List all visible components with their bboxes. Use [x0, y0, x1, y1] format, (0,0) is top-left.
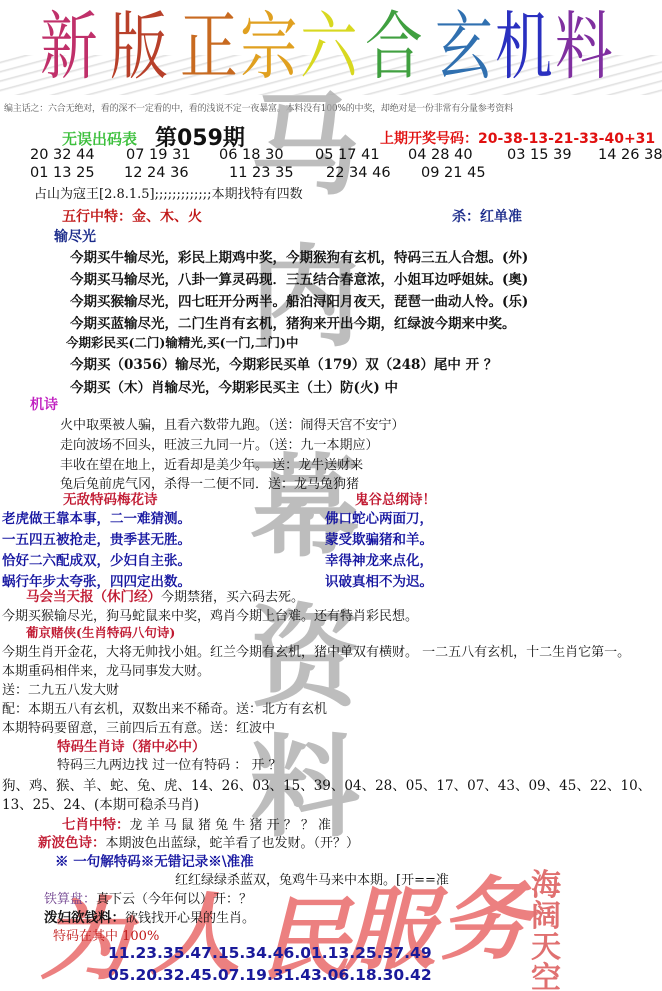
error-free-heading: 无误出码表 — [62, 128, 137, 149]
number-group: 07 19 31 — [126, 147, 191, 163]
title-char: 机 — [495, 2, 553, 92]
number-group: 22 34 46 — [326, 165, 391, 181]
one-line-text: 红红绿绿杀蓝双，兔鸡牛马来中本期。[开==准 — [175, 869, 449, 888]
title-char: 玄 — [435, 2, 493, 92]
plum-poem-title: 无敌特码梅花诗 — [63, 488, 158, 508]
gambler-line: 配：本期五八有玄机，双数出来不稀奇。送：北方有玄机 — [2, 698, 327, 717]
new-wave-label: 新波色诗： — [38, 835, 106, 851]
poem-line: 丰收在望在地上，近看却是美少年。 送：龙牛送财来 — [60, 454, 363, 473]
new-wave-text: 本期波色出蓝绿，蛇羊看了也发财。（开？） — [106, 836, 360, 851]
guigu-poem-title: 鬼谷总纲诗！ — [355, 488, 436, 508]
guigu-poem-line: 幸得神龙来点化， — [325, 549, 433, 569]
lose-all-line: 今期买（木）肖输尽光，今期彩民买主（土）防(火) 中 — [70, 376, 398, 396]
number-group: 20 32 44 — [30, 147, 95, 163]
one-line-title: ※ 一句解特码※无错记录※\准准 — [55, 850, 254, 870]
horse-report-text: 今期禁猪，买六码去死。 — [161, 590, 304, 605]
plum-poem-line: 老虎做王靠本事，二一难猜测。 — [2, 507, 191, 527]
lose-all-line: 今期买（0356）输尽光，今期彩民买单（179）双（248）尾中 开 ？ — [70, 353, 497, 373]
poem-line: 火中取栗被人骗，且看六数带九跑。（送：闹得天宫不安宁） — [60, 414, 405, 433]
lose-all-line: 今期买蓝输尽光，二门生肖有玄机，猪狗来开出今期，红绿波今期来中奖。 — [70, 312, 516, 332]
shrew-text: 欲钱找开心果的生肖。 — [125, 911, 255, 926]
special-zodiac-title: 特码生肖诗（猪中必中） — [57, 735, 206, 755]
shrew-money: 泼妇欲钱料：欲钱找开心果的生肖。 — [44, 906, 255, 926]
horse-report-label: 马会当天报（休门经） — [26, 589, 161, 605]
special-zodiac-line: 狗、鸡、猴、羊、蛇、兔、虎、14、26、03、15、39、04、28、05、17… — [2, 774, 651, 794]
title-char: 正 — [180, 2, 238, 92]
title-char: 合 — [365, 2, 423, 92]
number-group: 09 21 45 — [421, 165, 486, 181]
title-char: 宗 — [240, 2, 298, 92]
final-numbers-line: 05.20.32.45.07.19.31.43.06.18.30.42 — [108, 966, 432, 984]
guigu-poem-line: 识破真相不为迟。 — [325, 570, 433, 590]
iron-abacus-text: 真下云（今年何以）开：？ — [96, 892, 252, 907]
title-char: 新 — [40, 2, 98, 92]
last-draw: 上期开奖号码：20-38-13-21-33-40+31 — [380, 128, 655, 148]
poem-title: 机诗 — [30, 394, 58, 414]
gambler-line: 送：二九五八发大财 — [2, 679, 119, 698]
side-calligraphy: 海阔天空 — [531, 870, 561, 991]
plum-poem-line: 恰好二六配成双，少妇自主张。 — [2, 549, 191, 569]
five-elements: 五行中特：金、木、火 — [62, 206, 202, 226]
guigu-poem-line: 佛口蛇心两面刀， — [325, 507, 433, 527]
number-group: 01 13 25 — [30, 165, 95, 181]
lose-all-line: 今期买猴输尽光，四七旺开分两半。船泊浔阳月夜天，琵琶一曲动人怜。(乐) — [70, 290, 528, 310]
final-label: 特码在其中 100% — [53, 925, 159, 944]
brush-char: 务 — [440, 875, 530, 965]
title-char: 六 — [300, 2, 358, 92]
gambler-line: 本期特码要留意，三前四后五有意。送：红波中 — [2, 717, 275, 736]
special-zodiac-line: 特码三九两边找 过一位有特码 ： 开 ？ — [57, 754, 282, 773]
special-zodiac-line: 13、25、24、(本期可稳杀马肖) — [2, 793, 199, 813]
number-group: 12 24 36 — [124, 165, 189, 181]
lose-all-line: 今期彩民买(二门)输精光,买(一门,二门)中 — [66, 333, 298, 351]
gambler-line: 今期生肖开金花，大将无帅找小姐。红兰今期有玄机，猪中单双有横财。 一二五八有玄机… — [2, 641, 630, 660]
number-group: 05 17 41 — [315, 147, 380, 163]
lose-all-line: 今期买马输尽光，八卦一算灵码现．三五结合春意浓，小姐耳边呼姐妹。(奥) — [70, 268, 528, 288]
last-draw-label: 上期开奖号码： — [380, 131, 478, 147]
last-draw-numbers: 20-38-13-21-33-40+31 — [478, 131, 655, 147]
new-wave: 新波色诗：本期波色出蓝绿，蛇羊看了也发财。（开？） — [38, 831, 359, 851]
iron-abacus-label: 铁算盘： — [44, 892, 96, 907]
plum-poem-line: 一五四五被抢走，贵季甚无胜。 — [2, 528, 191, 548]
gambler-title: 葡京赌侠(生肖特码八句诗) — [26, 623, 175, 641]
seven-zodiac: 七肖中特：龙 羊 马 鼠 猪 兔 牛 猪 开 ？ ？ 准 — [62, 813, 331, 833]
iron-abacus: 铁算盘：真下云（今年何以）开：？ — [44, 888, 252, 907]
horse-report: 马会当天报（休门经）今期禁猪，买六码去死。 — [26, 585, 304, 605]
poem-line: 走向波场不回头，旺波三九同一片。（送：九一本期应） — [60, 434, 379, 453]
horse-report-line: 今期买猴输尽光，狗马蛇鼠来中奖，鸡肖今期上台难。还有特肖彩民想。 — [2, 605, 418, 624]
title-char: 料 — [555, 2, 613, 92]
shrew-label: 泼妇欲钱料： — [44, 910, 125, 926]
number-group: 03 15 39 — [507, 147, 572, 163]
kill-label: 杀：红单准 — [452, 206, 522, 226]
guigu-poem-line: 蒙受欺骗猪和羊。 — [325, 528, 433, 548]
final-numbers-line: 11.23.35.47.15.34.46.01.13.25.37.49 — [108, 944, 432, 962]
number-group: 04 28 40 — [408, 147, 473, 163]
number-group: 11 23 35 — [229, 165, 294, 181]
lose-all-line: 今期买牛输尽光，彩民上期鸡中奖，今期猴狗有玄机，特码三五人合想。(外) — [70, 246, 528, 266]
lose-all-title: 输尽光 — [54, 226, 96, 246]
number-group: 06 18 30 — [219, 147, 284, 163]
title-char: 版 — [110, 2, 168, 92]
number-group: 14 26 38 — [598, 147, 662, 163]
gambler-line: 本期重码相伴来，龙马同事发大财。 — [2, 660, 210, 679]
hint-line: 占山为寇王[2.8.1.5];;;;;;;;;;;;;本期找特有四数 — [34, 183, 303, 202]
